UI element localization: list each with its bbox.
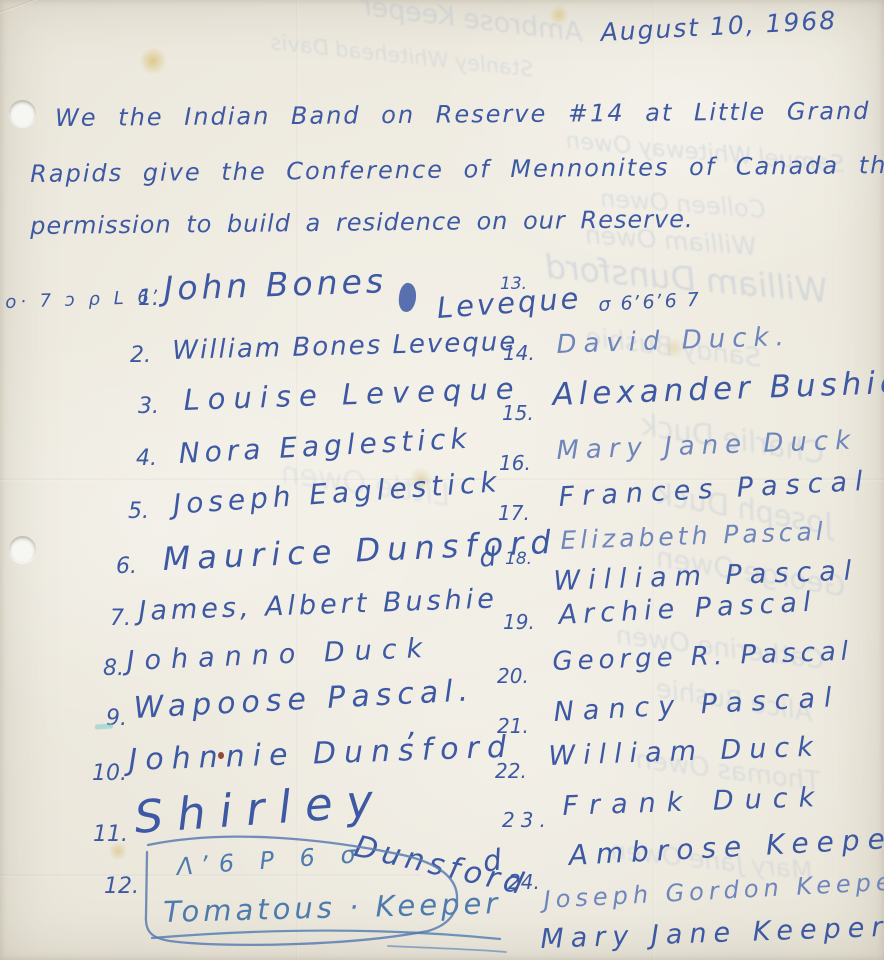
signature-number: 11. (93, 824, 128, 846)
body-line: Rapids give the Conference of Mennonites… (30, 153, 884, 186)
signature-name: Louise Leveque (183, 374, 522, 415)
signature-name: Elizabeth Pascal (560, 519, 827, 553)
signature-name: William Duck (548, 733, 821, 769)
signature-name: George R. Pascal (552, 639, 853, 675)
signature-name: David Duck. (556, 324, 791, 358)
margin-syllabics: σ 6ʼ6ʼ6 7 (598, 291, 701, 315)
document-page: Ambrose Keeper Stanley Whitehead Davis S… (0, 0, 884, 960)
signature-name: Nancy Pascal (553, 684, 841, 726)
punch-hole (9, 100, 36, 127)
signature-name: Maurice Dunsford (162, 526, 558, 575)
pen-stroke-tail: d (481, 845, 503, 876)
signature-name: Joseph Eaglestick (172, 468, 502, 519)
signature-name: Nora Eaglestick (178, 425, 472, 468)
corner-crease (0, 0, 184, 23)
signature-number: 21. (497, 716, 529, 736)
signature-name: Shirley (133, 777, 388, 840)
date: August 10, 1968 (600, 8, 838, 45)
bleedthrough-text: Stanley Whitehead Davis (270, 32, 535, 80)
signature-number: 14. (503, 343, 535, 363)
signature-name: James, Albert Bushie (138, 585, 498, 625)
signature-number: 3. (138, 396, 159, 418)
signature-number: 12. (104, 876, 139, 898)
body-line: permission to build a residence on our R… (30, 207, 694, 238)
signature-name: Johnnie Dunsford (128, 733, 514, 776)
signature-number: 10. (92, 763, 127, 785)
ink-blot (397, 282, 418, 313)
signature-name: Alexander Bushie (552, 368, 884, 411)
signature-number: 5. (128, 501, 149, 523)
bleedthrough-text: Ambrose Keeper (359, 0, 584, 47)
pen-stroke-tail: d (478, 544, 497, 572)
signature-number: 7. (110, 608, 131, 630)
signature-number: 19. (503, 612, 535, 632)
signature-number: 6. (116, 556, 137, 578)
paper-stain (138, 48, 168, 74)
syllabics-text: Λʼ6 Ρ 6 σ (176, 842, 365, 879)
signature-name: Wapoose Pascal. (133, 676, 475, 724)
signature-number: 23. (502, 810, 552, 830)
signature-number: 4. (136, 448, 157, 470)
paper-stain (548, 6, 570, 24)
signature-number: 2. (130, 345, 151, 367)
signature-name: Johanno Duck (126, 635, 433, 675)
body-line: We the Indian Band on Reserve #14 at Lit… (55, 99, 871, 130)
signature-name: John Bones (163, 264, 387, 305)
signature-number: 24. (508, 872, 540, 892)
signature-number: 1. (138, 288, 159, 310)
signature-number: 20. (497, 666, 529, 686)
punch-hole (9, 536, 36, 563)
signature-name: Frances Pascal (558, 468, 871, 511)
signature-name: Mary Jane Duck (556, 427, 858, 463)
signature-name: Tomatous · Keeper (163, 889, 502, 927)
signature-name: William Bones Leveque (172, 329, 518, 364)
signature-number: 18. (505, 551, 532, 568)
signature-number: 8. (103, 658, 124, 680)
signature-name: Joseph Gordon Keeper (543, 869, 884, 912)
signature-name: Mary Jane Keeper (540, 914, 884, 953)
signature-name: Frank Duck (562, 784, 826, 820)
pen-tick: ʼ (406, 730, 416, 760)
signature-number: 15. (502, 403, 534, 423)
signature-number: 22. (495, 761, 527, 781)
signature-number: 16. (499, 453, 531, 473)
signature-number-13: 13. (500, 276, 527, 293)
signature-number: 17. (498, 503, 530, 523)
signature-name: Ambrose Keeper (568, 824, 884, 870)
red-ink-dot (218, 752, 224, 759)
